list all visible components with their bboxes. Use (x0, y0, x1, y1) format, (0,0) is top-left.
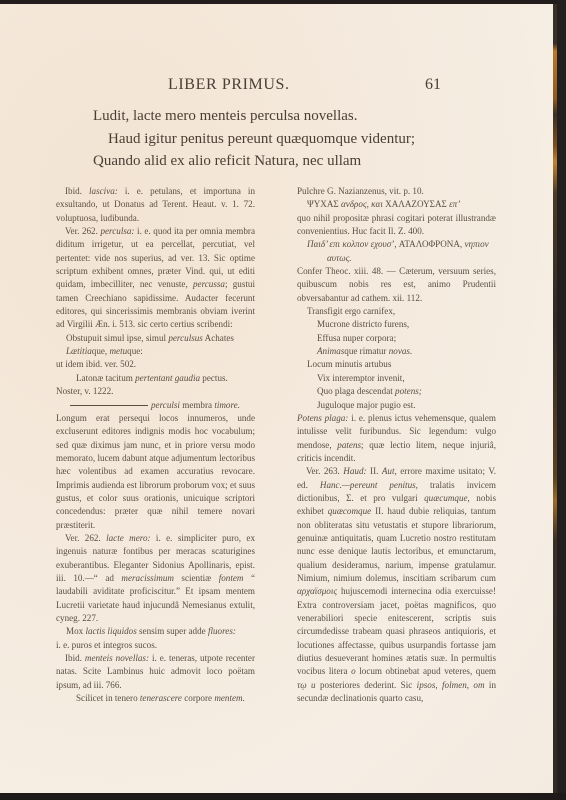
greek-quotation: Παιδ’ επι κολπον εχουσ’, ΑΤΑΛΟΦΡΟΝΑ, νηπ… (297, 238, 496, 251)
main-verse: Ludit, lacte mero menteis perculsa novel… (93, 105, 473, 173)
note-paragraph: Pulchre G. Nazianzenus, vit. p. 10. (297, 185, 496, 198)
page-number: 61 (425, 76, 441, 94)
ellipsis-rule (70, 405, 148, 406)
notes-column-right: Pulchre G. Nazianzenus, vit. p. 10. ΨΥΧΑ… (297, 185, 496, 705)
verse-line: Haud igitur penitus pereunt quæquomque v… (93, 128, 473, 151)
hymn-line: Vix interemptor invenit, (297, 372, 496, 385)
book-binding-bottom (0, 793, 566, 800)
hymn-line: Effusa nuper corpora; (297, 332, 496, 345)
note-paragraph: Potens plaga: i. e. plenus ictus vehemen… (297, 412, 496, 465)
quoted-verse: Latonæ tacitum pertentant gaudia pectus. (56, 372, 255, 385)
note-paragraph: Noster, v. 1222. (56, 385, 255, 398)
commentary-notes: Ibid. lasciva: i. e. petulans, et import… (56, 185, 496, 705)
running-title: LIBER PRIMUS. (168, 76, 290, 94)
hymn-line: Transfigit ergo carnifex, (297, 305, 496, 318)
note-paragraph: ut idem ibid. ver. 502. (56, 358, 255, 371)
hymn-line: Animasque rimatur novas. (297, 345, 496, 358)
note-paragraph: Ibid. menteis novellas: i. e. teneras, u… (56, 652, 255, 692)
hymn-line: Juguloque major pugio est. (297, 399, 496, 412)
hymn-line: Mucrone districto furens, (297, 318, 496, 331)
greek-quotation: ΨΥΧΑΣ ανδρος, και ΧΑΛΑΖΟΥΣΑΣ επ’ (297, 198, 496, 211)
note-paragraph: Ibid. lasciva: i. e. petulans, et import… (56, 185, 255, 225)
note-paragraph: Ver. 263. Haud: II. Aut, errore maxime u… (297, 465, 496, 705)
book-page: LIBER PRIMUS. 61 Ludit, lacte mero mente… (0, 4, 553, 793)
note-paragraph: i. e. puros et integros sucos. (56, 639, 255, 652)
quoted-verse: Mox lactis liquidos sensim super adde fl… (56, 625, 255, 638)
note-paragraph: Longum erat persequi locos innumeros, un… (56, 412, 255, 532)
verse-line: Ludit, lacte mero menteis perculsa novel… (93, 105, 473, 128)
quoted-verse: Scilicet in tenero tenerascere corpore m… (56, 692, 255, 705)
note-paragraph: quo nihil propositæ phrasi cogitari pote… (297, 212, 496, 239)
quoted-verse: perculsi membra timore. (56, 399, 255, 412)
notes-column-left: Ibid. lasciva: i. e. petulans, et import… (56, 185, 255, 705)
greek-quotation: αυτως. (297, 252, 496, 265)
note-paragraph: Ver. 262. lacte mero: i. e. simpliciter … (56, 532, 255, 625)
note-paragraph: Ver. 262. perculsa: i. e. quod ita per o… (56, 225, 255, 332)
book-binding-spine (557, 0, 566, 800)
hymn-line: Locum minutis artubus (297, 358, 496, 371)
note-paragraph: Confer Theoc. xiii. 48. — Cæterum, versu… (297, 265, 496, 305)
verse-line: Quando alid ex alio reficit Natura, nec … (93, 150, 473, 173)
hymn-line: Quo plaga descendat potens; (297, 385, 496, 398)
quoted-verse: Obstupuit simul ipse, simul perculsus Ac… (56, 332, 255, 345)
quoted-verse: Lætitiaque, metuque: (56, 345, 255, 358)
